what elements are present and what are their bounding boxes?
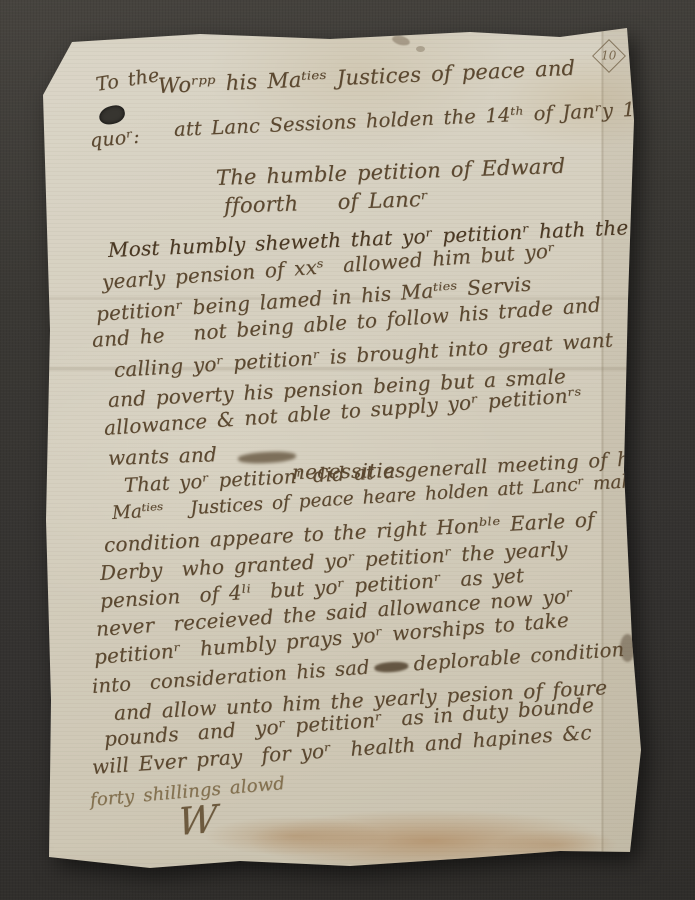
photograph-backdrop: 10 To the Woʳᵖᵖ his Maᵗⁱᵉˢ Justices of p… [0,0,695,900]
line-petition-title-2: ffoorth of Lancʳ [224,187,429,218]
manuscript-page: 10 To the Woʳᵖᵖ his Maᵗⁱᵉˢ Justices of p… [0,0,695,900]
archival-number-stamp: 10 [592,39,626,73]
archival-number: 10 [601,49,616,63]
signature-mark: W [177,796,218,844]
line-session-date: att Lanc Sessions holden the 14ᵗʰ of Jan… [173,96,673,141]
line-petition-title-1: The humble petition of Edward [216,154,566,190]
ink-stain [391,34,411,47]
line-addressee: Woʳᵖᵖ his Maᵗⁱᵉˢ Justices of peace and [157,56,575,98]
ink-blot [374,660,409,672]
ink-stain [516,22,546,32]
line-margin-abbreviation: quoʳ: [89,126,141,152]
line-body2-8b: deplorable condition [413,638,625,676]
manuscript-page-wrap: 10 To the Woʳᵖᵖ his Maᵗⁱᵉˢ Justices of p… [0,0,695,900]
ink-stain [416,46,425,52]
paper-hole [97,103,126,126]
ink-blot [238,450,296,464]
line-salutation-prefix: To the [94,64,161,96]
line-body1-8: wants and [108,442,218,470]
